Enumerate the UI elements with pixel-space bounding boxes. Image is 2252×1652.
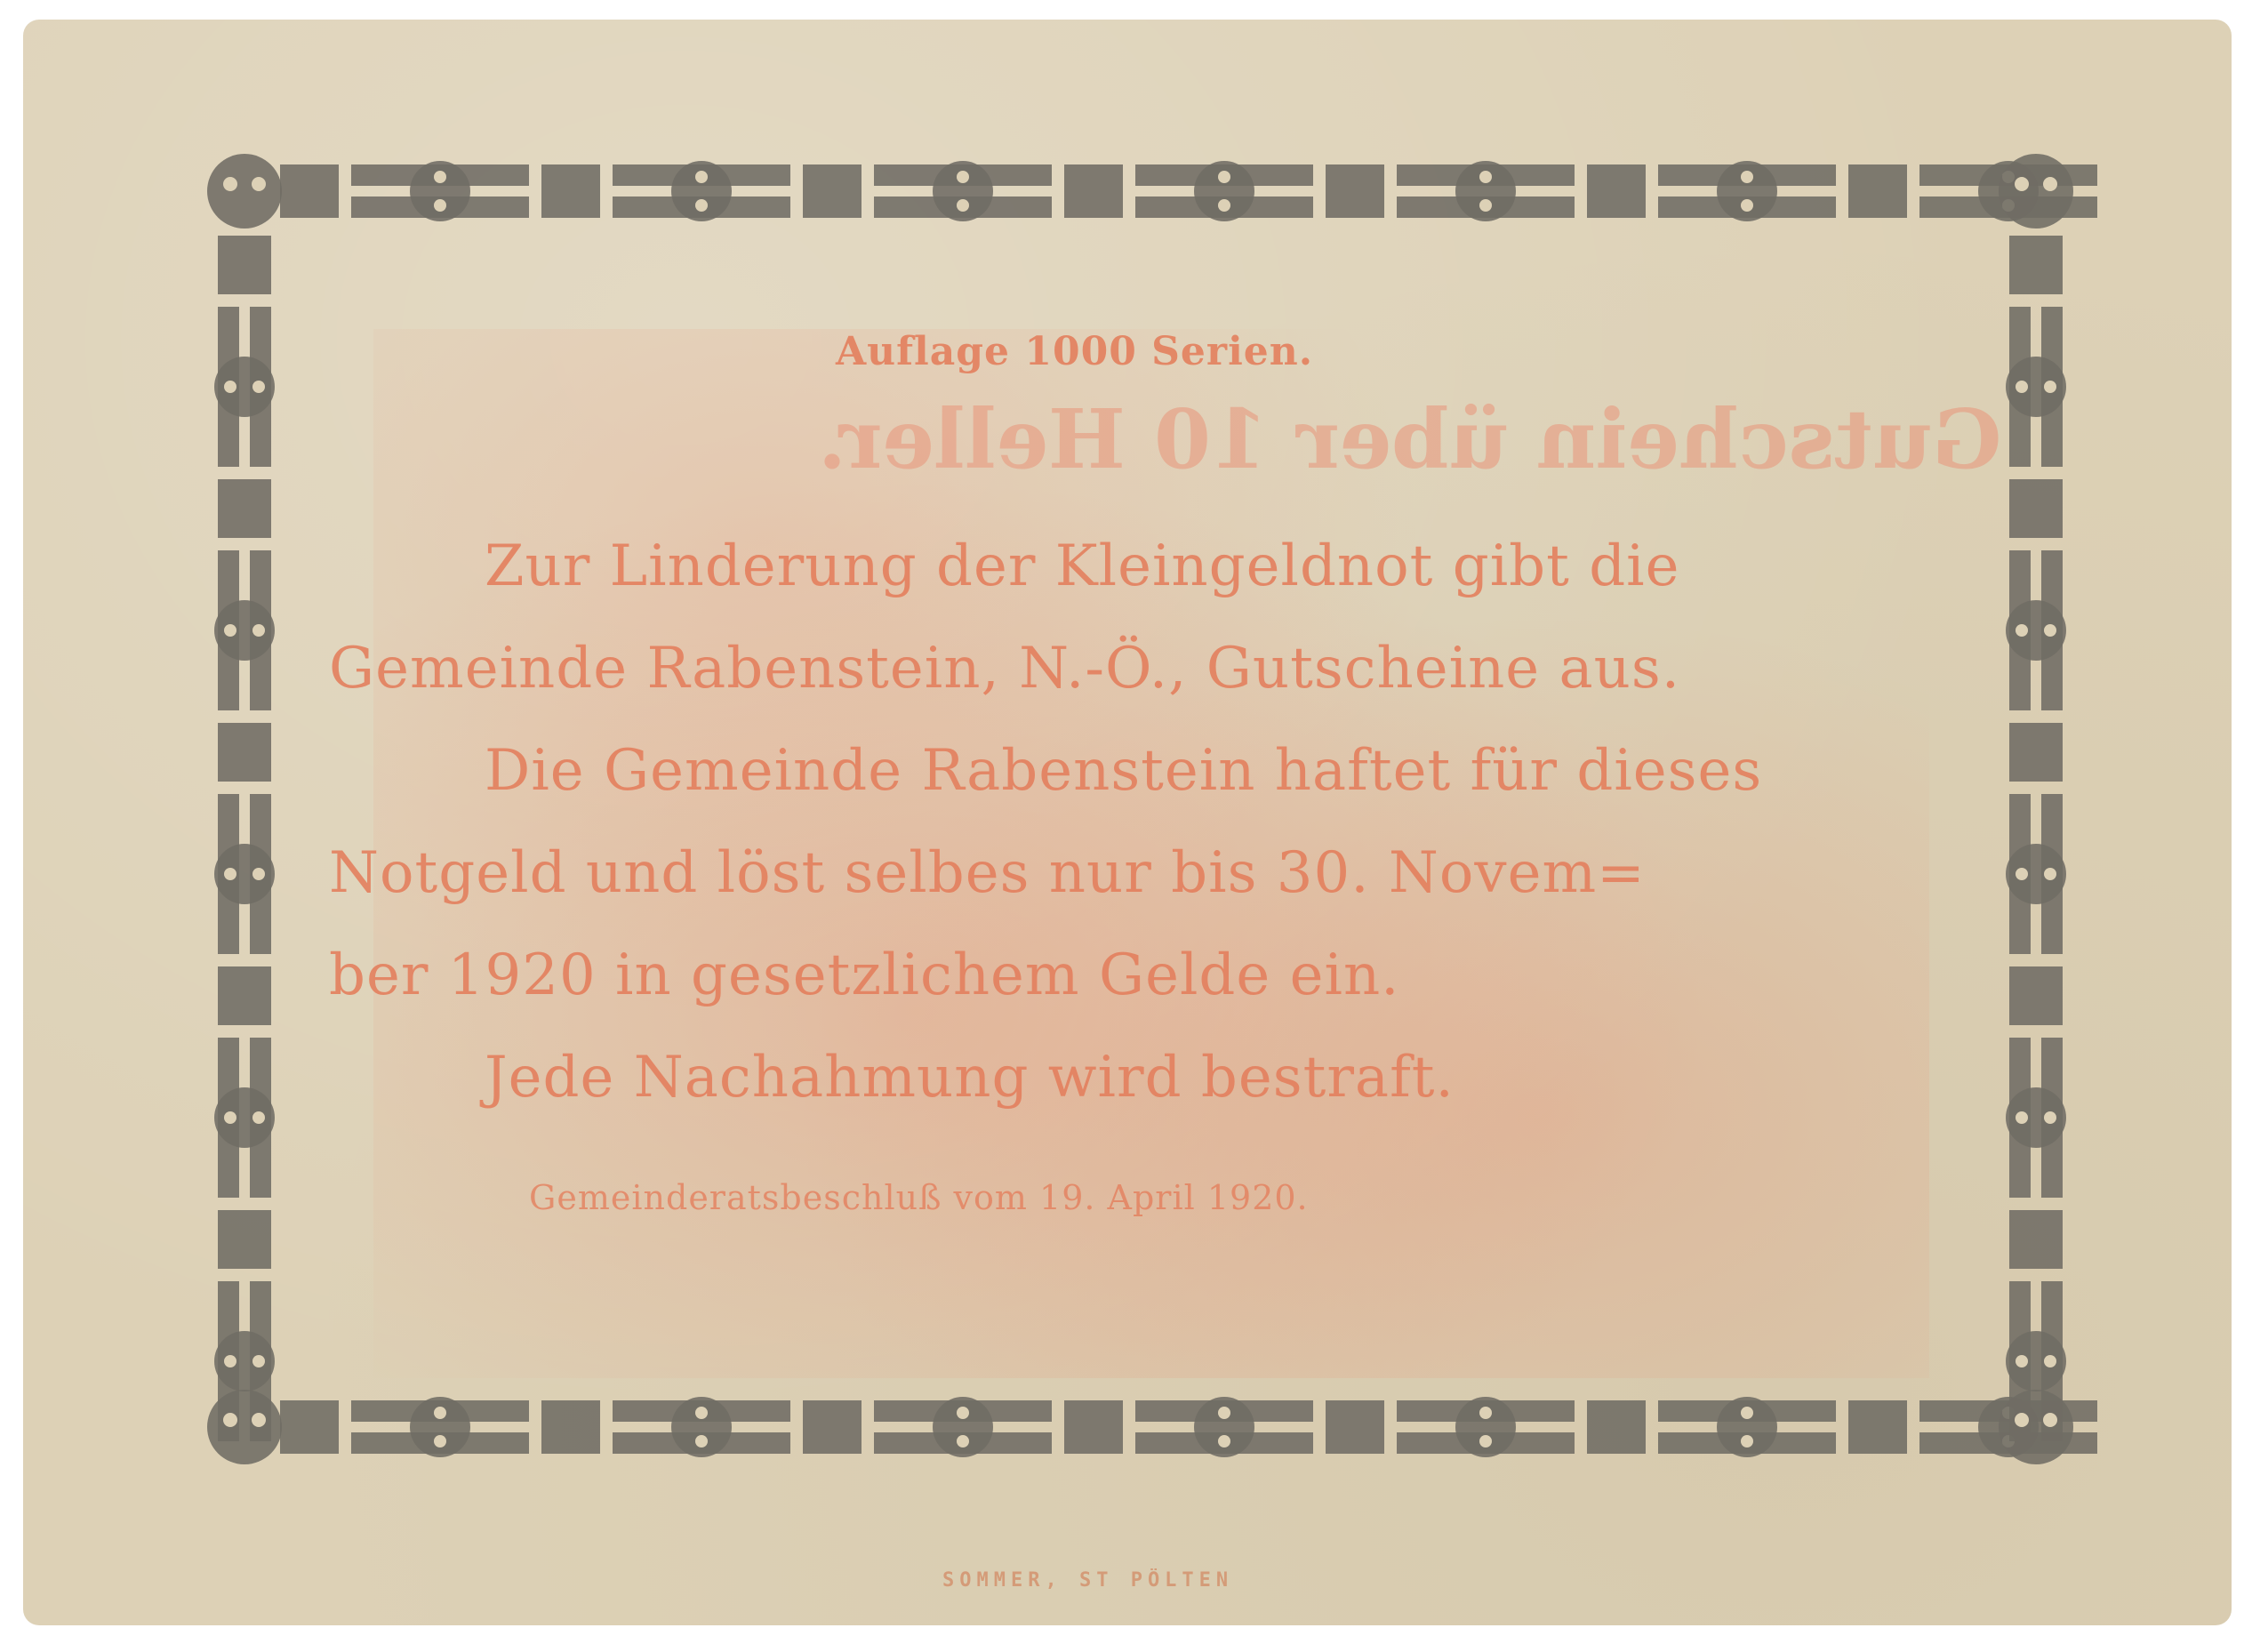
body-line-6: Jede Nachahmung wird bestraft. — [485, 1045, 1455, 1111]
body-line-4: Notgeld und löst selbes nur bis 30. Nove… — [329, 840, 1646, 906]
body-line-1: Zur Linderung der Kleingeldnot gibt die — [485, 533, 1680, 599]
body-line-2: Gemeinde Rabenstein, N.-Ö., Gutscheine a… — [329, 636, 1680, 702]
body-line-3: Die Gemeinde Rabenstein haftet für diese… — [485, 738, 1762, 804]
edition-header: Auflage 1000 Serien. — [836, 329, 1313, 374]
printer-imprint: SOMMER, ST PÖLTEN — [942, 1569, 1233, 1592]
note-text: Gutschein über 10 Heller. Auflage 1000 S… — [0, 0, 2252, 1652]
council-resolution-note: Gemeinderatsbeschluß vom 19. April 1920. — [529, 1178, 1309, 1217]
show-through-front-text: Gutschein über 10 Heller. — [818, 391, 2001, 487]
body-line-5: ber 1920 in gesetzlichem Gelde ein. — [329, 942, 1400, 1008]
